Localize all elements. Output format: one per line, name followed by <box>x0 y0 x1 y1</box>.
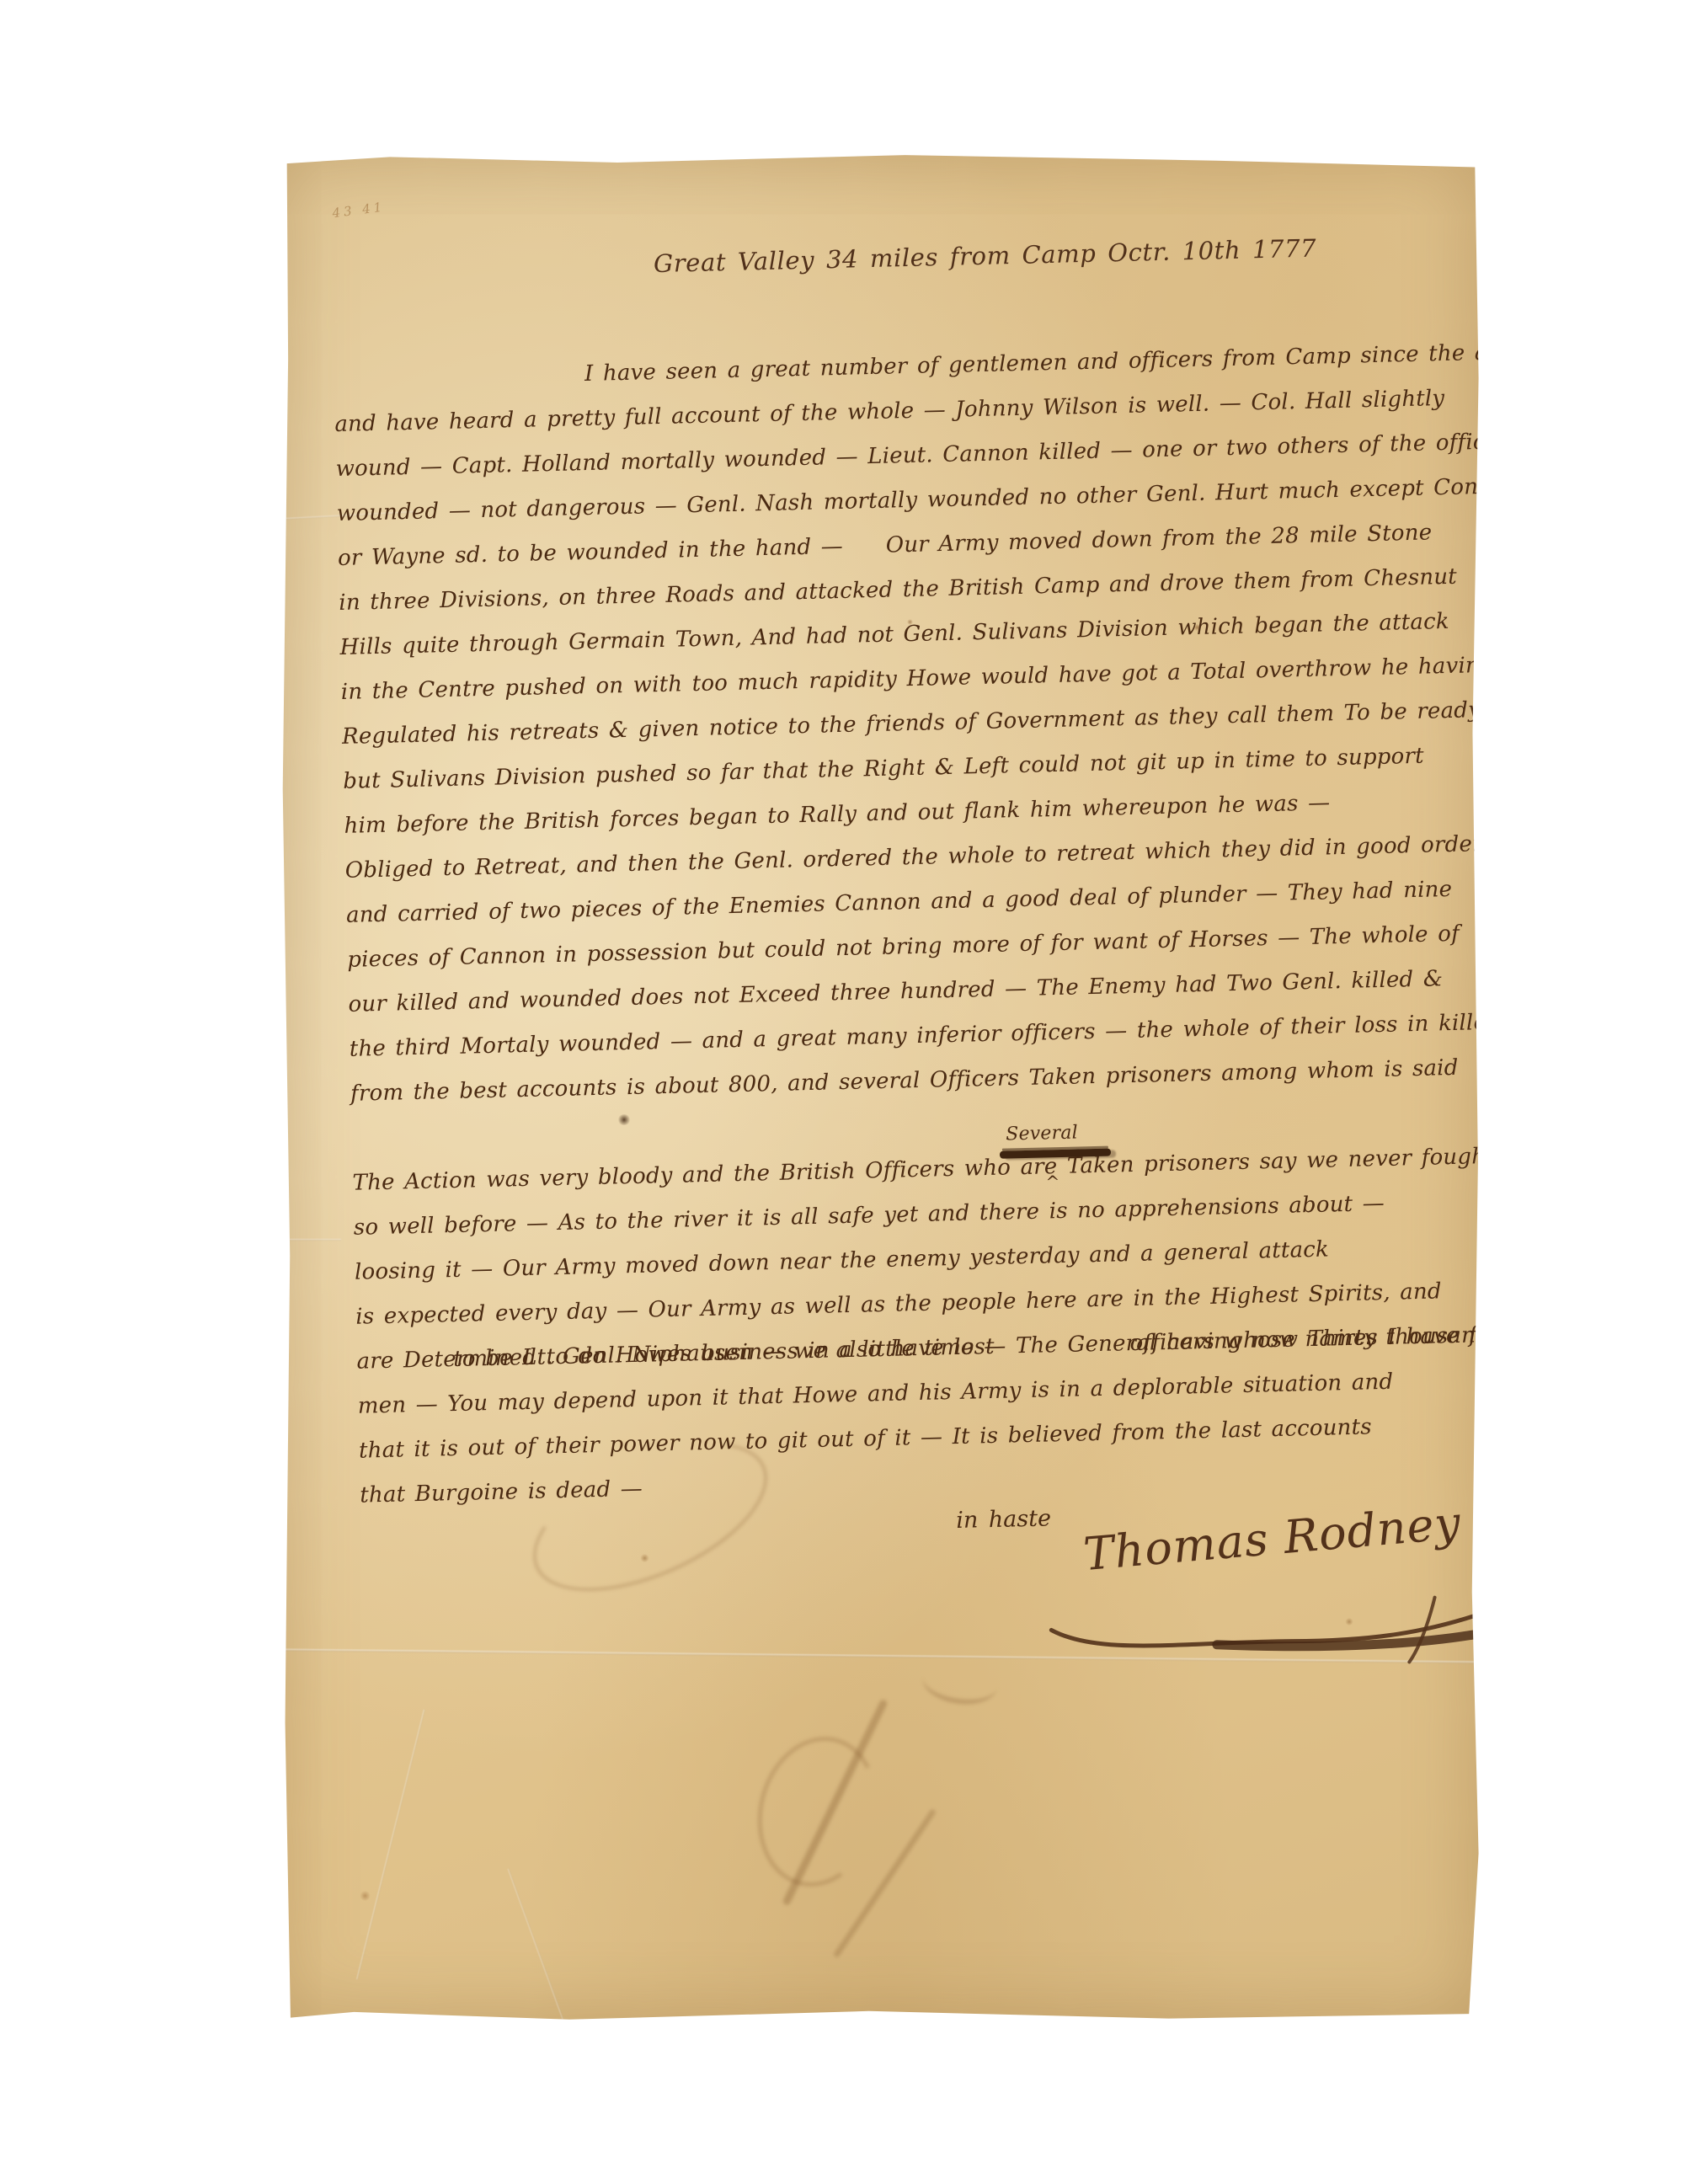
signature-thomas-rodney: Thomas Rodney <box>1081 1496 1463 1581</box>
handwriting-layer: 43 41 Great Valley 34 miles from Camp Oc… <box>282 154 1480 2021</box>
correction-group: Several ^ <box>1000 1143 1117 1171</box>
closing-in-haste: in haste <box>956 1505 1051 1534</box>
struck-out-word <box>1000 1149 1111 1159</box>
letter-dateline: Great Valley 34 miles from Camp Octr. 10… <box>654 234 1317 279</box>
letter-paper-sheet: 43 41 Great Valley 34 miles from Camp Oc… <box>282 154 1480 2021</box>
insertion-caret: ^ <box>1045 1160 1060 1204</box>
signature-flourish <box>1038 1587 1480 1674</box>
scan-background: 43 41 Great Valley 34 miles from Camp Oc… <box>0 0 1708 2178</box>
letter-body: I have seen a great number of gentlemen … <box>334 331 1480 1518</box>
archival-corner-mark: 43 41 <box>331 199 386 221</box>
